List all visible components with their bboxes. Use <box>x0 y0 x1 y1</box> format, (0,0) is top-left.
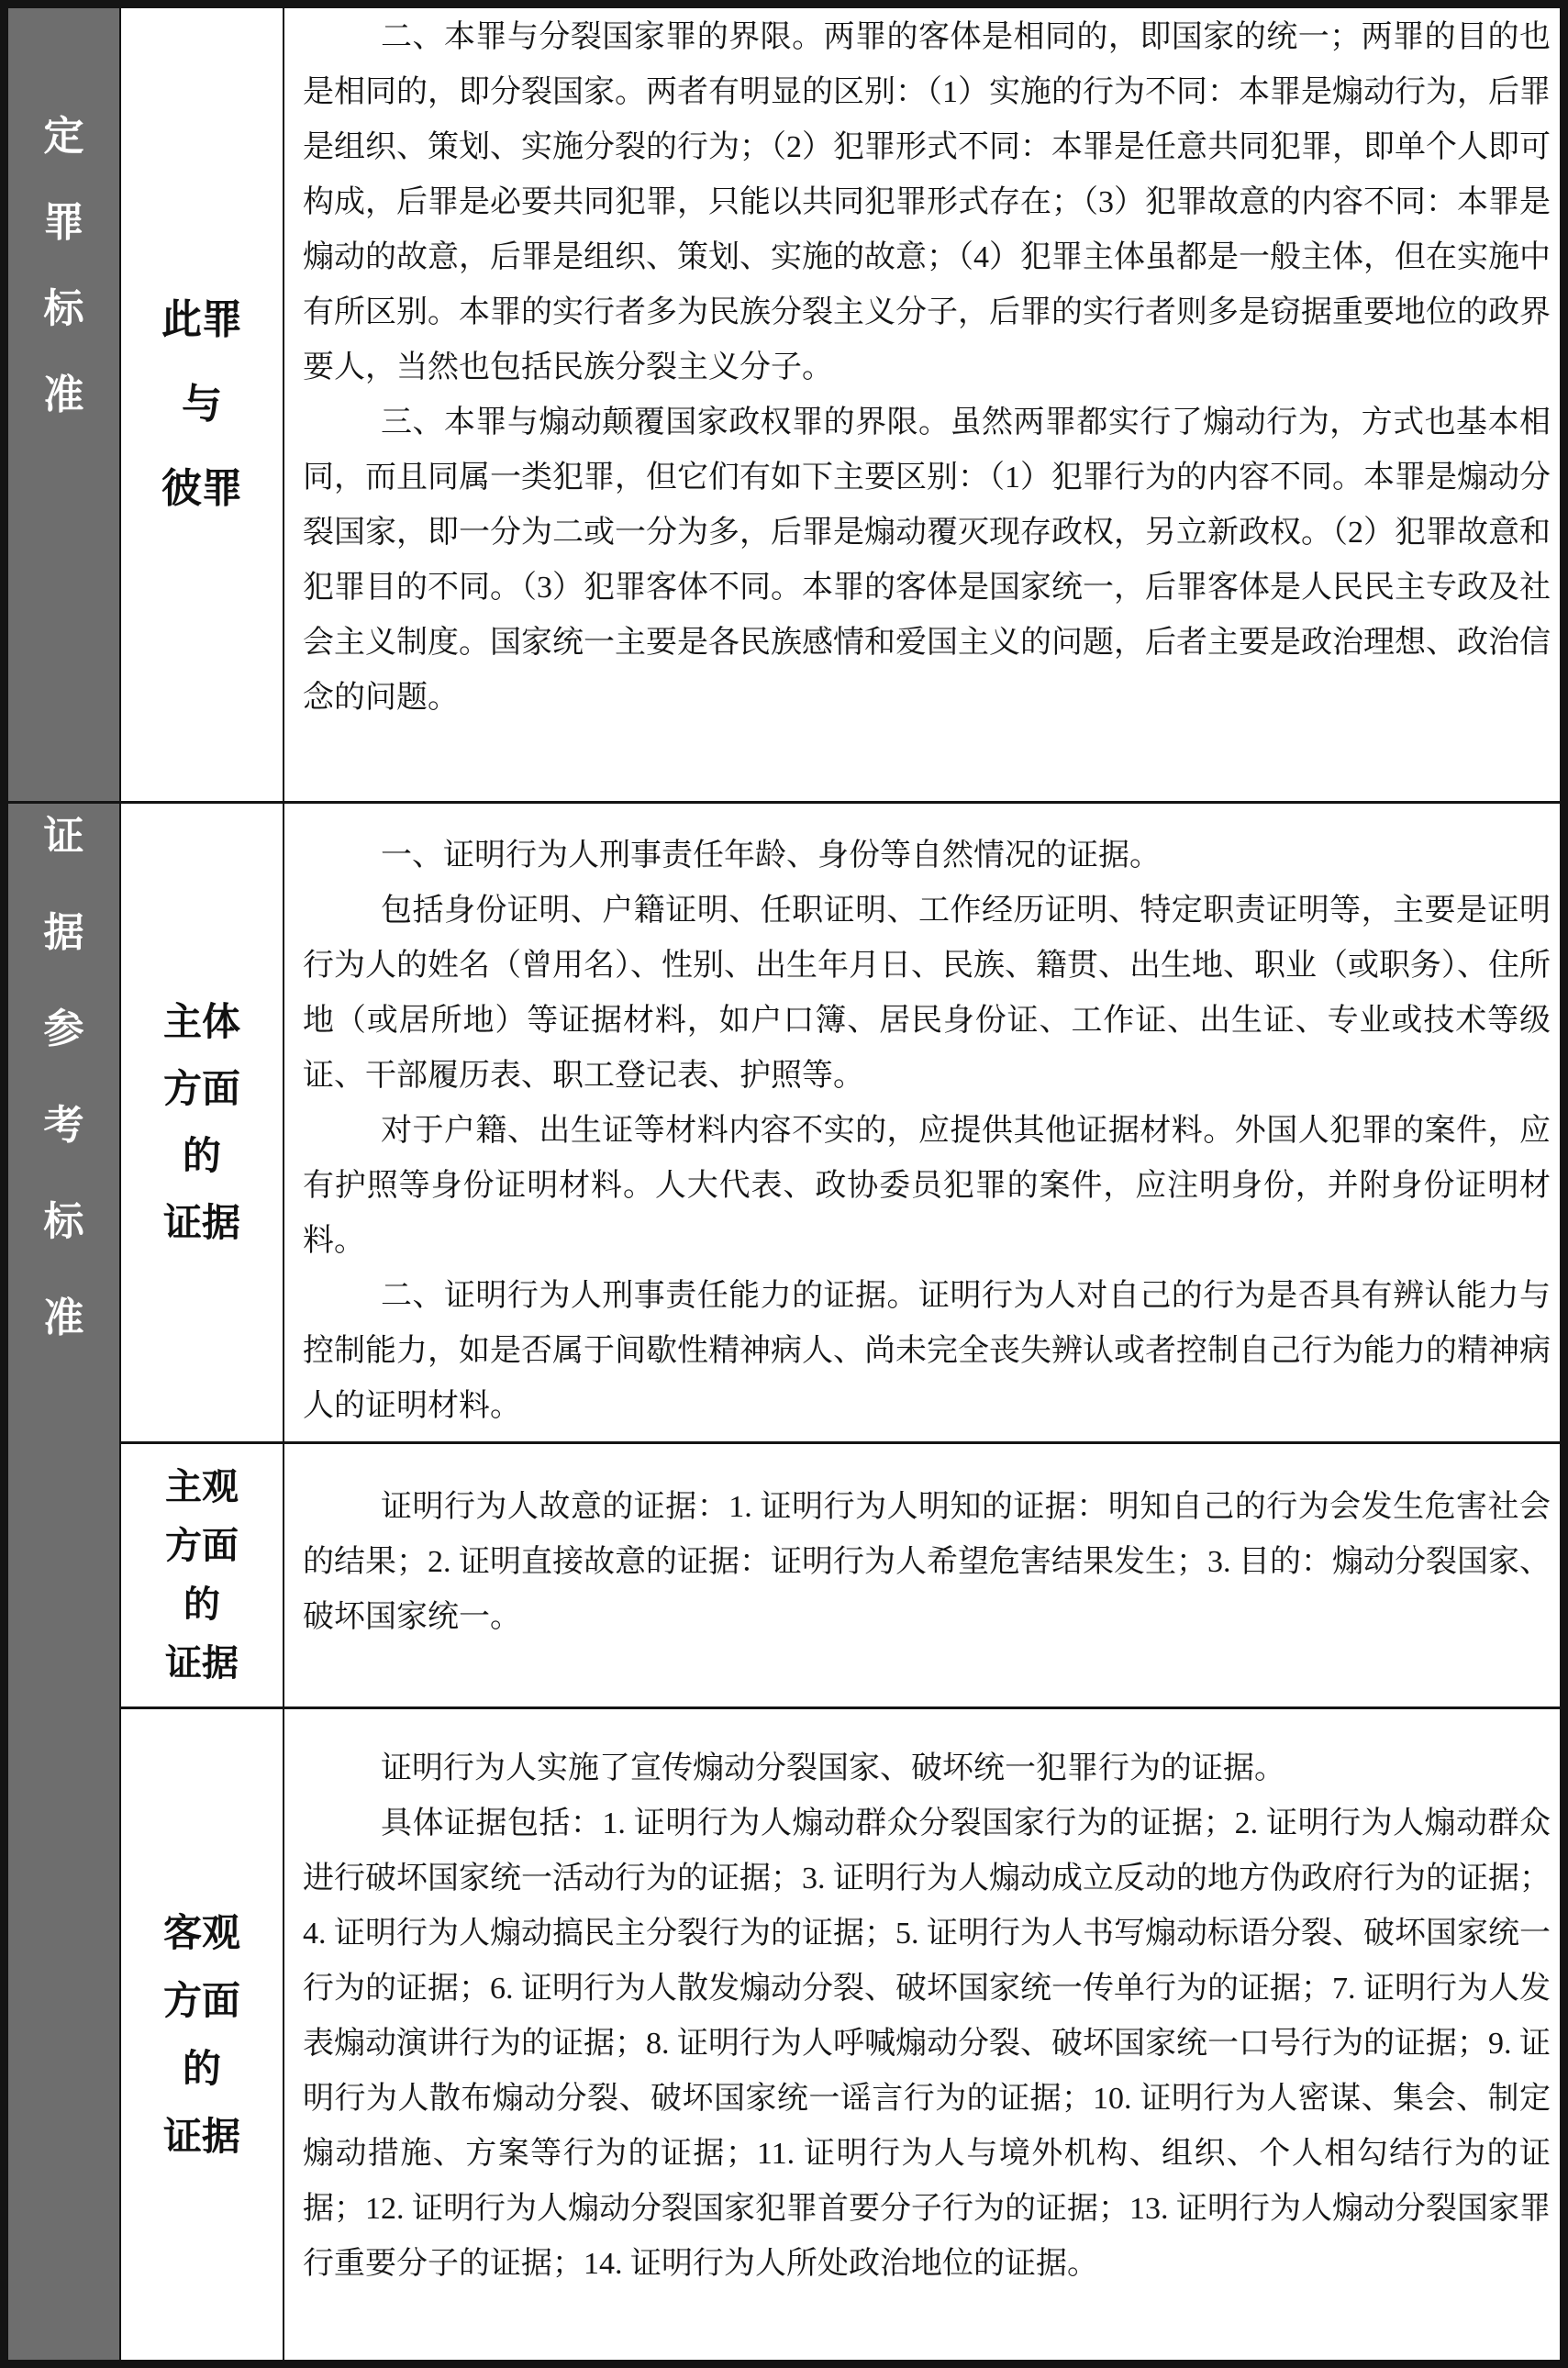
rail-char: 准 <box>44 1298 84 1339</box>
row-header-line: 主体 <box>163 1003 240 1041</box>
paragraph: 证明行为人故意的证据：1. 证明行为人明知的证据：明知自己的行为会发生危害社会的… <box>303 1480 1551 1645</box>
row-header-objective-aspect-evidence: 客观 方面 的 证据 <box>121 1709 284 2360</box>
paragraph: 具体证据包括：1. 证明行为人煽动群众分裂国家行为的证据；2. 证明行为人煽动群… <box>303 1796 1551 2292</box>
rail-char: 考 <box>44 1106 84 1146</box>
paragraph: 证明行为人实施了宣传煽动分裂国家、破坏统一犯罪行为的证据。 <box>303 1741 1551 1796</box>
row-header-line: 此罪 <box>161 300 242 340</box>
row-header-line: 客观 <box>163 1914 240 1952</box>
rail-section-evidence-reference-standard: 证 据 参 考 标 准 <box>8 804 121 2360</box>
rail-char: 证 <box>44 817 84 857</box>
row-header-line: 主观 <box>165 1469 239 1506</box>
paragraph: 对于户籍、出生证等材料内容不实的，应提供其他证据材料。外国人犯罪的案件，应有护照… <box>303 1104 1551 1269</box>
paragraph: 包括身份证明、户籍证明、任职证明、工作经历证明、特定职责证明等，主要是证明行为人… <box>303 884 1551 1104</box>
row-header-line: 的 <box>183 1586 220 1623</box>
row-header-subject-aspect-evidence: 主体 方面 的 证据 <box>121 804 284 1444</box>
cell-subjective-aspect-evidence: 证明行为人故意的证据：1. 证明行为人明知的证据：明知自己的行为会发生危害社会的… <box>284 1444 1560 1709</box>
rail-char: 参 <box>44 1009 84 1050</box>
rail-char: 据 <box>44 913 84 953</box>
cell-objective-aspect-evidence: 证明行为人实施了宣传煽动分裂国家、破坏统一犯罪行为的证据。 具体证据包括：1. … <box>284 1709 1560 2360</box>
rail-char: 罪 <box>44 203 84 243</box>
rail-char: 定 <box>44 117 84 157</box>
row-header-line: 方面 <box>163 1070 240 1108</box>
rail-char: 标 <box>44 289 84 329</box>
row-header-line: 方面 <box>165 1528 239 1564</box>
row-header-line: 彼罪 <box>161 469 242 509</box>
cell-subject-aspect-evidence: 一、证明行为人刑事责任年龄、身份等自然情况的证据。 包括身份证明、户籍证明、任职… <box>284 804 1560 1444</box>
row-header-line: 证据 <box>163 1204 240 1242</box>
row-header-line: 的 <box>183 1137 221 1175</box>
paragraph: 二、本罪与分裂国家罪的界限。两罪的客体是相同的，即国家的统一；两罪的目的也是相同… <box>303 10 1551 395</box>
paragraph: 三、本罪与煽动颠覆国家政权罪的界限。虽然两罪都实行了煽动行为，方式也基本相同，而… <box>303 395 1551 726</box>
document-table: 定 罪 标 准 证 据 参 考 标 准 此罪 与 彼罪 二、本罪与分裂国家罪的界… <box>0 0 1568 2368</box>
paragraph: 一、证明行为人刑事责任年龄、身份等自然情况的证据。 <box>303 828 1551 884</box>
row-header-line: 证据 <box>165 1645 239 1682</box>
row-header-line: 证据 <box>163 2118 240 2156</box>
rail-section-conviction-standard: 定 罪 标 准 <box>8 8 121 804</box>
rail-char: 准 <box>44 375 84 416</box>
row-header-line: 与 <box>182 384 222 425</box>
row-header-line: 方面 <box>163 1982 240 2020</box>
row-header-this-crime-vs-that-crime: 此罪 与 彼罪 <box>121 8 284 804</box>
paragraph: 二、证明行为人刑事责任能力的证据。证明行为人对自己的行为是否具有辨认能力与控制能… <box>303 1269 1551 1434</box>
row-header-line: 的 <box>183 2050 221 2088</box>
row-header-subjective-aspect-evidence: 主观 方面 的 证据 <box>121 1444 284 1709</box>
rail-char: 标 <box>44 1202 84 1242</box>
cell-this-crime-vs-that-crime: 二、本罪与分裂国家罪的界限。两罪的客体是相同的，即国家的统一；两罪的目的也是相同… <box>284 8 1560 804</box>
